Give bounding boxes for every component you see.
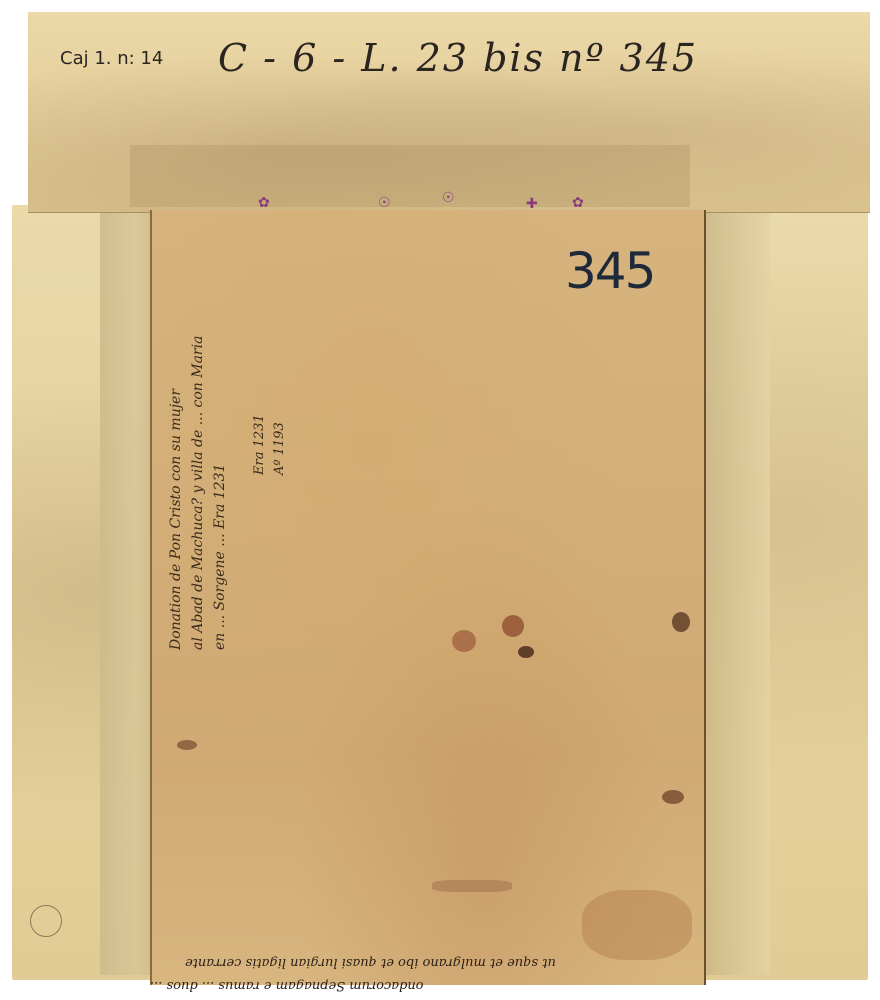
stain [432,880,512,892]
seal-mark: ☉ [378,195,391,211]
vertical-note-line-2: al Abad de Machuca? y villa de ... con M… [190,336,206,650]
large-water-stain [582,890,692,960]
seal-mark: ☉ [442,190,455,206]
right-fold-band [700,205,770,975]
top-fold-shadow [130,145,690,207]
document-number: 345 [565,242,654,300]
stain [502,615,524,637]
stain [518,646,534,658]
inverted-text-line-2: ondacorum Sepnagam e ramus ... duos ... [150,978,424,993]
vertical-date-ad: Aº 1193 [272,422,287,475]
vertical-date-era: Era 1231 [252,414,267,475]
corner-stamp [30,905,62,937]
vertical-note-line-1: Donation de Pon Cristo con su mujer [168,389,184,650]
archive-reference-large: C - 6 - L. 23 bis nº 345 [218,36,698,80]
inverted-text-line-1: ut sque et mulgrano ibo et quasi lurgian… [185,955,556,970]
main-document-verso [150,210,706,985]
seal-mark: ✿ [572,195,584,211]
stain [672,612,690,632]
stain [452,630,476,652]
seal-mark: ✿ [258,195,270,211]
stain [177,740,197,750]
vertical-note-line-3: en ... Sorgene ... Era 1231 [212,464,228,650]
stain [662,790,684,804]
seal-mark: ✚ [526,196,538,212]
archive-reference-small: Caj 1. n: 14 [60,48,163,69]
